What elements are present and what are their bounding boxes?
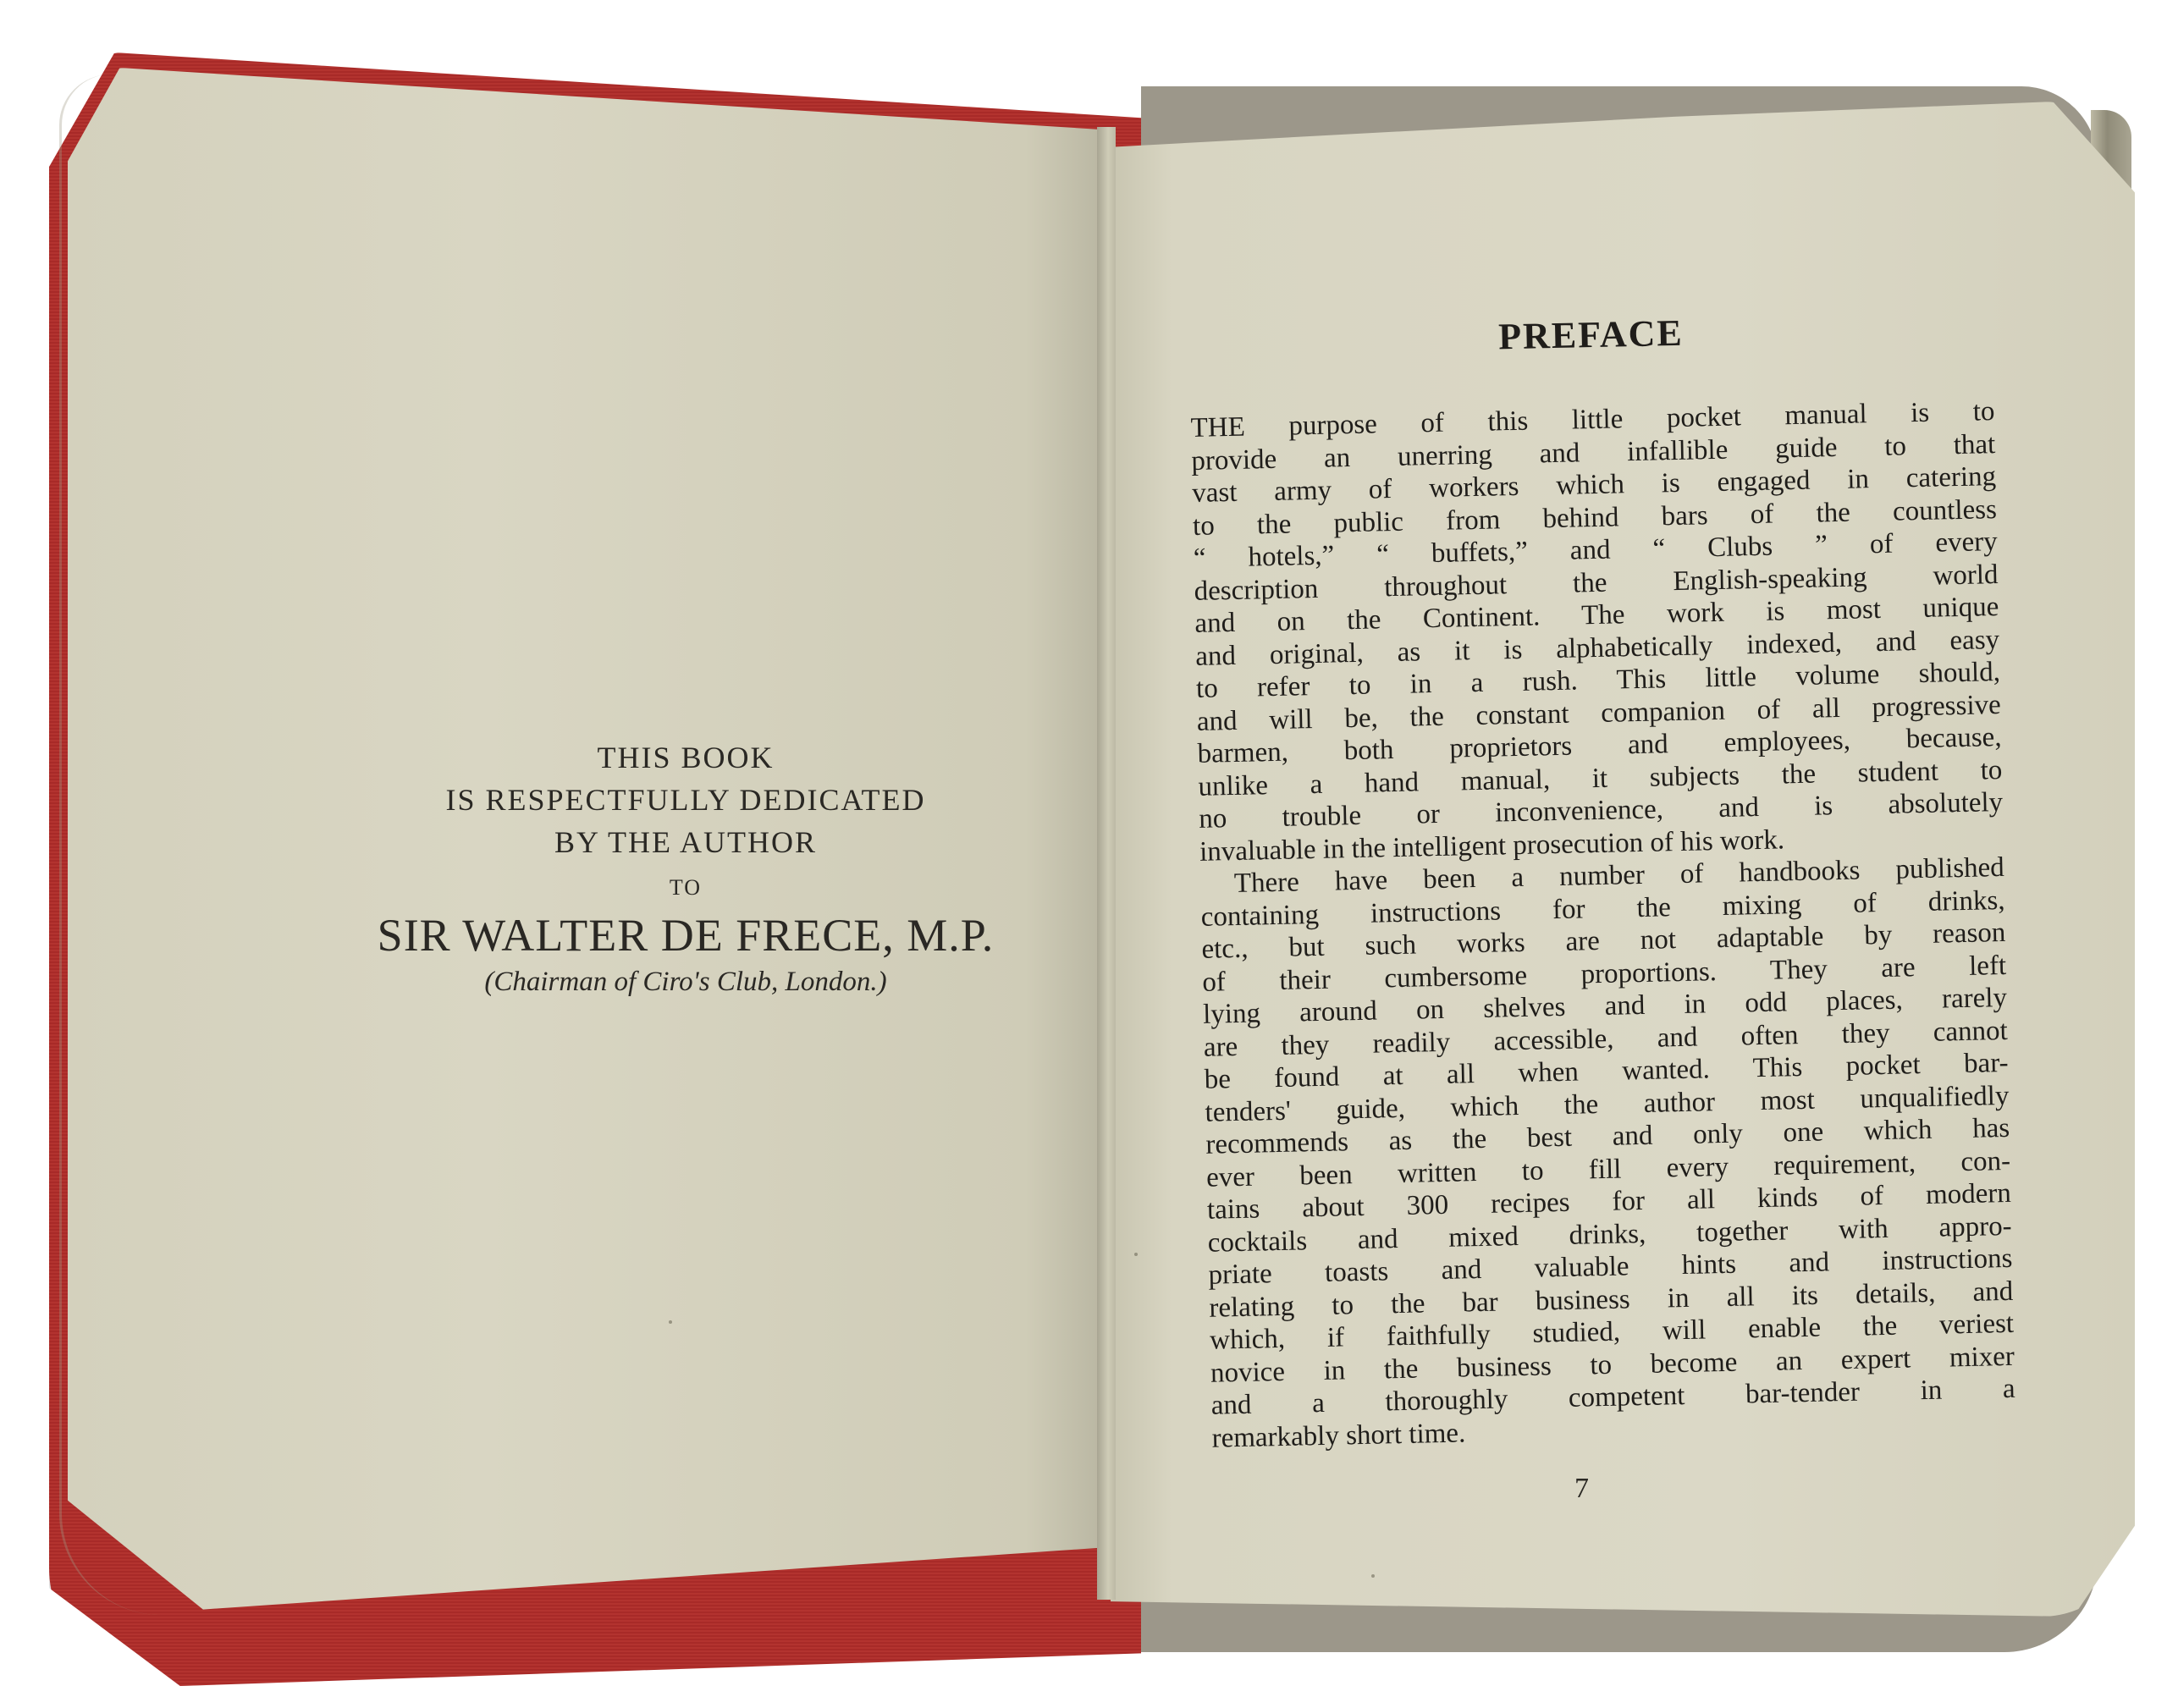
page-number: 7 [1574, 1473, 1589, 1505]
preface-paragraph-1: THE purpose of this little pocket manual… [1190, 395, 2004, 868]
preface-block: PREFACE THE purpose of this little pocke… [1188, 305, 2016, 1455]
dedication-to: TO [262, 875, 1109, 901]
dedication-line-3: BY THE AUTHOR [262, 821, 1109, 863]
dedication-line-1: THIS BOOK [262, 736, 1109, 779]
dedicatee-subtitle: (Chairman of Ciro's Club, London.) [262, 967, 1109, 998]
dedication-line-2: IS RESPECTFULLY DEDICATED [262, 779, 1109, 821]
dedication-block: THIS BOOK IS RESPECTFULLY DEDICATED BY T… [262, 736, 1109, 998]
paper-speck [1134, 1253, 1138, 1256]
dedicatee-name: SIR WALTER DE FRECE, M.P. [262, 907, 1109, 963]
paper-speck [669, 1320, 672, 1324]
paper-speck [1371, 1574, 1375, 1578]
preface-paragraph-2: There have been a number of handbooks pu… [1200, 851, 2016, 1455]
